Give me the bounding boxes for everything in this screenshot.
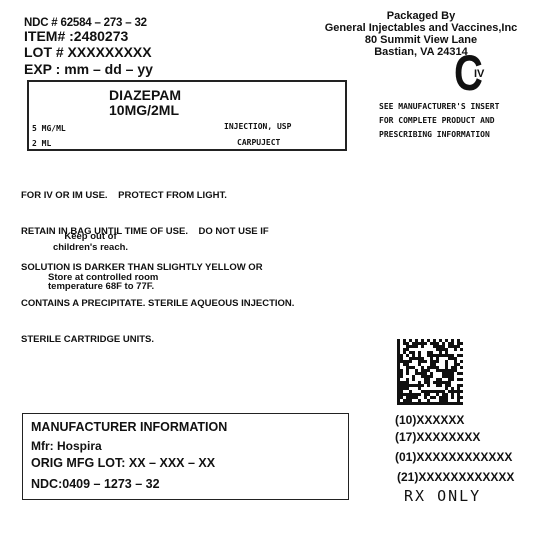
storage-notice: Store at controlled room temperature 68F… [48, 273, 158, 291]
insert-note-line: SEE MANUFACTURER'S INSERT [379, 100, 499, 114]
packager-info: Packaged By General Injectables and Vacc… [300, 10, 542, 58]
manufacturer-ndc: NDC:0409 – 1273 – 32 [31, 477, 160, 491]
drug-strength: 10MG/2ML [109, 102, 179, 118]
item-number: ITEM# :2480273 [24, 28, 128, 44]
drug-device: CARPUJECT [237, 138, 280, 147]
keep-out-line: children's reach. [38, 242, 143, 253]
datamatrix-barcode-icon [397, 339, 463, 405]
drug-concentration: 5 MG/ML [32, 124, 66, 133]
drug-form: INJECTION, USP [224, 122, 291, 131]
manufacturer-info-box: MANUFACTURER INFORMATION Mfr: Hospira OR… [22, 413, 349, 500]
controlled-substance-civ-icon: C IV [454, 50, 494, 96]
storage-line: temperature 68F to 77F. [48, 282, 158, 291]
keep-out-line: Keep out of [38, 231, 143, 242]
manufacturer-title: MANUFACTURER INFORMATION [31, 420, 227, 434]
lot-number: LOT # XXXXXXXXX [24, 44, 152, 60]
insert-note-line: FOR COMPLETE PRODUCT AND [379, 114, 499, 128]
rx-only-label: RX ONLY [404, 487, 481, 505]
warning-line: CONTAINS A PRECIPITATE. STERILE AQUEOUS … [21, 298, 294, 310]
insert-note: SEE MANUFACTURER'S INSERT FOR COMPLETE P… [379, 100, 499, 142]
gs1-serial-code: (21)XXXXXXXXXXXX [397, 470, 514, 484]
packager-address-line1: 80 Summit View Lane [300, 34, 542, 46]
drug-info-box: DIAZEPAM 10MG/2ML 5 MG/ML 2 ML INJECTION… [27, 80, 347, 151]
drug-volume: 2 ML [32, 139, 51, 148]
keep-out-notice: Keep out of children's reach. [38, 231, 143, 253]
original-mfg-lot: ORIG MFG LOT: XX – XXX – XX [31, 456, 215, 470]
packager-label: Packaged By [300, 10, 542, 22]
packager-company: General Injectables and Vaccines,Inc [300, 22, 542, 34]
warnings-text: FOR IV OR IM USE. PROTECT FROM LIGHT. RE… [21, 166, 294, 358]
warning-line: STERILE CARTRIDGE UNITS. [21, 334, 294, 346]
warning-line: FOR IV OR IM USE. PROTECT FROM LIGHT. [21, 190, 294, 202]
drug-name: DIAZEPAM [109, 87, 181, 103]
gs1-gtin-code: (01)XXXXXXXXXXXX [395, 450, 512, 464]
gs1-batch-code: (10)XXXXXX [395, 413, 464, 427]
insert-note-line: PRESCRIBING INFORMATION [379, 128, 499, 142]
expiration-date: EXP : mm – dd – yy [24, 61, 153, 77]
schedule-class: IV [474, 68, 484, 80]
packager-address-line2: Bastian, VA 24314 [300, 46, 542, 58]
manufacturer-name: Mfr: Hospira [31, 439, 102, 453]
gs1-expiry-code: (17)XXXXXXXX [395, 430, 480, 444]
